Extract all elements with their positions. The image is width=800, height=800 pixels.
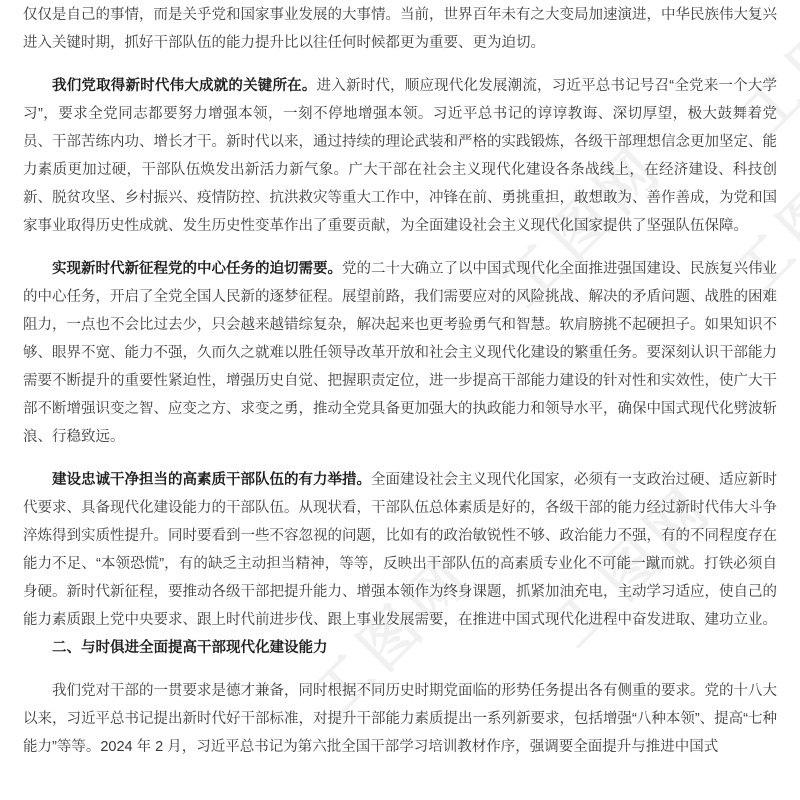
document-page: 工图网 工图网 工图网 工图网 工图网 仅仅是自己的事情，而是关乎党和国家事业发… [0, 0, 800, 800]
paragraph-text: 党的二十大确立了以中国式现代化全面推进强国建设、民族复兴伟业的中心任务，开启了全… [23, 261, 777, 445]
section-heading: 二、与时俱进全面提高干部现代化建设能力 [23, 634, 777, 662]
paragraph-lead: 建设忠诚干净担当的高素质干部队伍的有力举措。 [52, 472, 371, 488]
paragraph-lead: 我们党取得新时代伟大成就的关键所在。 [52, 78, 317, 94]
paragraph-lead: 实现新时代新征程党的中心任务的迫切需要。 [52, 261, 342, 277]
paragraph-cadre-team: 建设忠诚干净担当的高素质干部队伍的有力举措。全面建设社会主义现代化国家，必须有一… [23, 466, 777, 634]
paragraph-text: 我们党对干部的一贯要求是德才兼备，同时根据不同历史时期党面临的形势任务提出各有侧… [23, 683, 777, 755]
paragraph-cadre-standards: 我们党对干部的一贯要求是德才兼备，同时根据不同历史时期党面临的形势任务提出各有侧… [23, 677, 777, 761]
paragraph-continuation: 仅仅是自己的事情，而是关乎党和国家事业发展的大事情。当前，世界百年未有之大变局加… [23, 1, 777, 57]
paragraph-text: 仅仅是自己的事情，而是关乎党和国家事业发展的大事情。当前，世界百年未有之大变局加… [23, 7, 777, 51]
paragraph-text: 进入新时代，顺应现代化发展潮流，习近平总书记号召“全党来一个大学习”，要求全党同… [23, 78, 777, 234]
document-content: 仅仅是自己的事情，而是关乎党和国家事业发展的大事情。当前，世界百年未有之大变局加… [0, 0, 800, 800]
paragraph-key-achievement: 我们党取得新时代伟大成就的关键所在。进入新时代，顺应现代化发展潮流，习近平总书记… [23, 72, 777, 240]
paragraph-text: 全面建设社会主义现代化国家，必须有一支政治过硬、适应新时代要求、具备现代化建设能… [23, 472, 777, 628]
paragraph-central-task: 实现新时代新征程党的中心任务的迫切需要。党的二十大确立了以中国式现代化全面推进强… [23, 255, 777, 451]
